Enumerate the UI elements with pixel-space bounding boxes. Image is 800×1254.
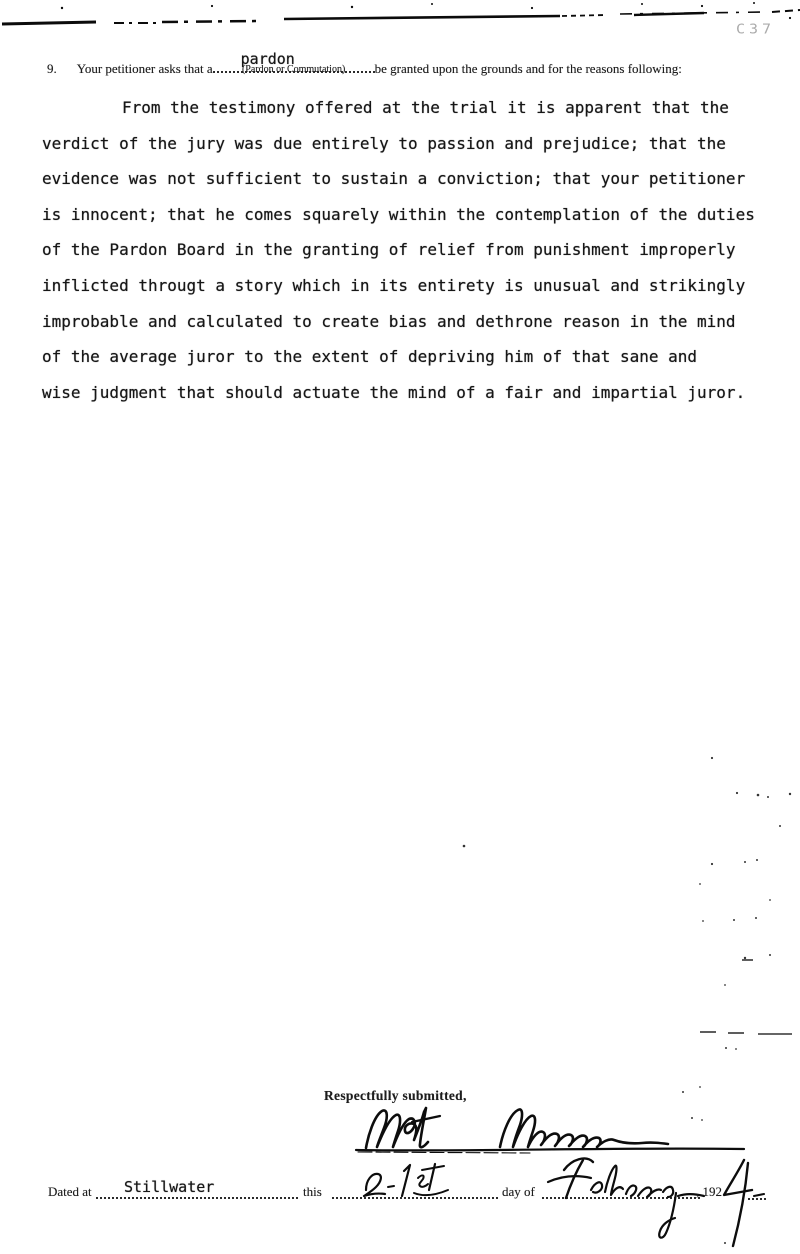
handwritten-day — [352, 1156, 452, 1206]
body-line: evidence was not sufficient to sustain a… — [42, 161, 772, 197]
body-line: wise judgment that should actuate the mi… — [42, 375, 772, 411]
body-line: verdict of the jury was due entirely to … — [42, 126, 772, 162]
blank-caption: (Pardon or Commutation) — [219, 64, 369, 75]
body-line: inflicted througt a story which in its e… — [42, 268, 772, 304]
body-line: of the average juror to the extent of de… — [42, 339, 772, 375]
question-number: 9. — [47, 61, 57, 76]
typed-place-value: Stillwater — [124, 1178, 214, 1196]
body-line: improbable and calculated to create bias… — [42, 304, 772, 340]
year-leader-tail — [748, 1182, 766, 1200]
question-text-after-blank: be granted upon the grounds and for the … — [375, 61, 682, 76]
handwritten-year-digit — [714, 1150, 770, 1254]
dated-at-label: Dated at — [48, 1184, 92, 1200]
petition-body-text: From the testimony offered at the trial … — [42, 90, 772, 410]
form-question-9: 9.Your petitioner asks that apardon(Pard… — [47, 56, 682, 77]
this-label: this — [303, 1184, 322, 1200]
scanned-petition-page: C37 9.Your petitioner asks that apardon(… — [0, 0, 800, 1254]
body-line: of the Pardon Board in the granting of r… — [42, 232, 772, 268]
handwritten-month — [538, 1152, 708, 1252]
signature-handwriting — [350, 1102, 750, 1158]
body-line: is innocent; that he comes squarely with… — [42, 197, 772, 233]
pardon-blank-field: pardon(Pardon or Commutation) — [213, 56, 375, 73]
place-blank-field: Stillwater — [96, 1181, 298, 1199]
day-of-label: day of — [502, 1184, 535, 1200]
body-line: From the testimony offered at the trial … — [42, 90, 772, 126]
question-text-before-blank: Your petitioner asks that a — [77, 61, 213, 76]
scan-edge-artifact — [0, 0, 800, 34]
corner-stamp: C37 — [736, 21, 775, 37]
